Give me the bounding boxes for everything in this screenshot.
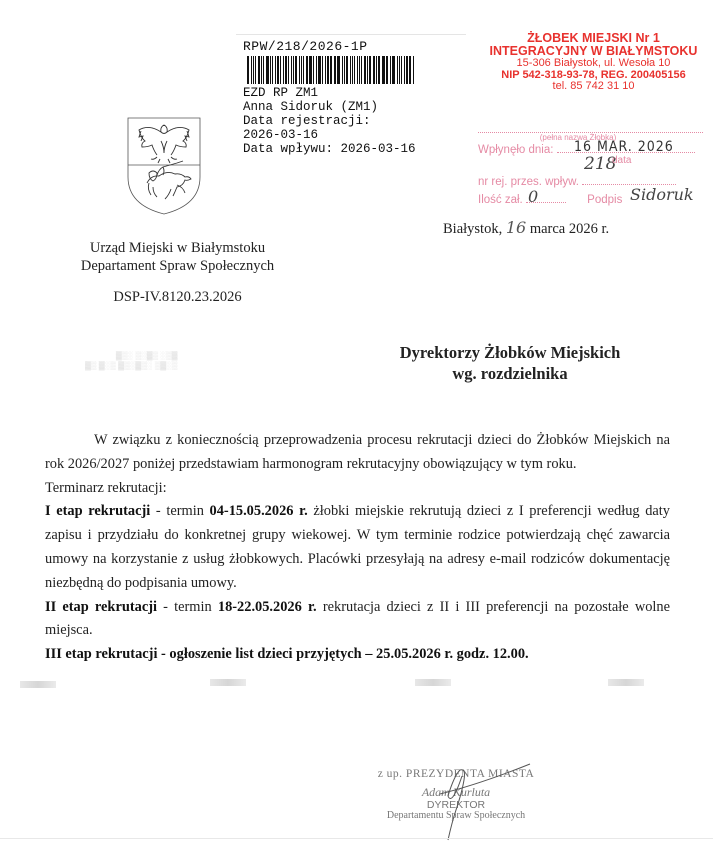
stage-1: I etap rekrutacji - termin 04-15.05.2026… [45, 500, 670, 595]
place-date: Białystok, 16 marca 2026 r. [443, 218, 609, 238]
attachments-label: Ilość zał. [478, 194, 523, 206]
month-year: marca 2026 r. [530, 221, 609, 237]
handwritten-signature-icon [400, 740, 550, 845]
registration-label: RPW/218/2026-1P EZD RP ZM1 Anna Sidoruk … [243, 40, 448, 156]
attachments-value: 0 [528, 187, 538, 206]
receipt-date-line: Data wpływu: 2026-03-16 [243, 142, 448, 156]
addressee: Dyrektorzy Żłobków Miejskich wg. rozdzie… [330, 342, 690, 384]
stamp-phone: tel. 85 742 31 10 [486, 81, 701, 93]
stage-3-text: III etap rekrutacji - ogłoszenie list dz… [45, 646, 529, 662]
office-line2: Departament Spraw Społecznych [50, 257, 305, 275]
schedule-heading: Terminarz rekrutacji: [45, 477, 670, 501]
place: Białystok, [443, 221, 502, 237]
receipt-stamp: (pełna nazwa Żłobka) Wpłynęło dnia: 16 M… [478, 128, 710, 210]
letter-body: W związku z koniecznością przeprowadzeni… [45, 429, 670, 667]
scan-smudge [20, 681, 56, 688]
barcode-icon [247, 56, 415, 84]
received-label: Wpłynęło dnia: [478, 144, 553, 156]
signature-label: Podpis [587, 194, 622, 206]
stamp-address: 15-306 Białystok, ul. Wesoła 10 [486, 58, 701, 70]
date-caption: data [612, 155, 631, 166]
addressee-line2: wg. rozdzielnika [330, 363, 690, 384]
receipt-signature: Sidoruk [630, 185, 694, 204]
scan-smudge [608, 679, 644, 686]
institution-stamp: ŻŁOBEK MIEJSKI Nr 1 INTEGRACYJNY W BIAŁY… [486, 32, 701, 93]
addressee-line1: Dyrektorzy Żłobków Miejskich [330, 342, 690, 363]
intro-paragraph: W związku z koniecznością przeprowadzeni… [45, 429, 670, 477]
registration-date: 2026-03-16 [243, 128, 448, 142]
scan-smudge [415, 679, 451, 686]
scan-smudge [210, 679, 246, 686]
registration-date-label: Data rejestracji: [243, 114, 448, 128]
received-date: 16 MAR. 2026 [574, 139, 674, 155]
date-caption-row: 218 data [478, 160, 710, 174]
stage-2: II etap rekrutacji - termin 18-22.05.202… [45, 596, 670, 644]
sender-office: Urząd Miejski w Białymstoku Departament … [50, 239, 305, 275]
stage-3: III etap rekrutacji - ogłoszenie list dz… [45, 643, 670, 667]
stage-2-dates: 18-22.05.2026 r. [218, 599, 317, 615]
day-handwritten: 16 [506, 218, 526, 237]
reference-number: DSP-IV.8120.23.2026 [50, 289, 305, 306]
registrar-name: Anna Sidoruk (ZM1) [243, 100, 448, 114]
stage-2-title: II etap rekrutacji [45, 599, 157, 615]
page-edge [0, 838, 713, 839]
office-line1: Urząd Miejski w Białymstoku [50, 239, 305, 257]
bleed-through-text: ▓▒░ ▒▓░▒ ░▒▓ ▒░▓▒ ░▒▓░▒▓ ▒░▓ ▒▓ [85, 351, 178, 371]
attachments-row: Ilość zał. 0 Podpis Sidoruk [478, 192, 710, 210]
stage-1-dates: 04-15.05.2026 r. [210, 503, 308, 519]
registration-number: RPW/218/2026-1P [243, 40, 448, 54]
label-edge [236, 34, 466, 35]
stage-1-title: I etap rekrutacji [45, 503, 150, 519]
registration-system: EZD RP ZM1 [243, 86, 448, 100]
coat-of-arms-icon [127, 117, 201, 215]
